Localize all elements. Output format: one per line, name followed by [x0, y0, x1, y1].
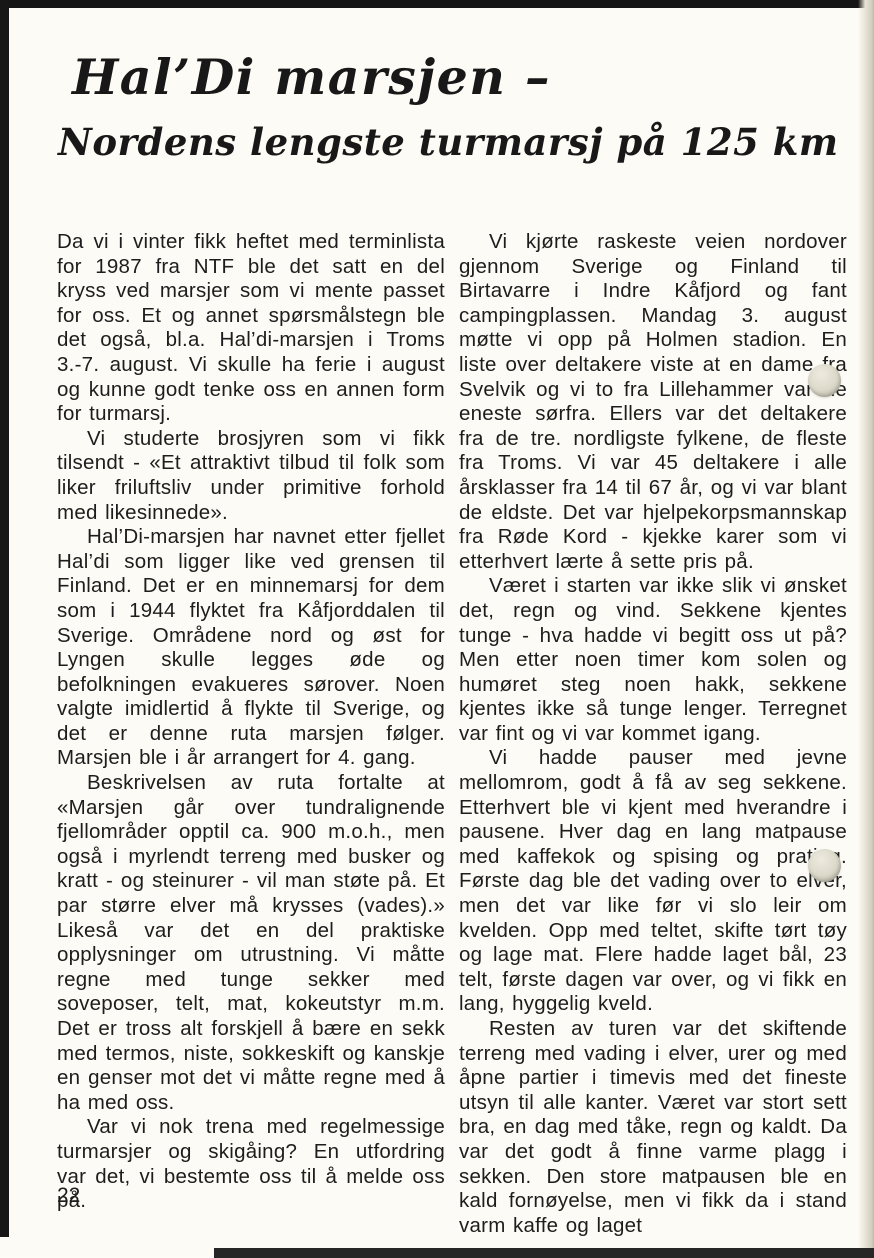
paragraph: Beskrivelsen av ruta fortalte at «Marsje… — [57, 771, 445, 1115]
page-subtitle: Nordens lengste turmarsj på 125 km — [58, 120, 839, 164]
paragraph: Resten av turen var det skiftende terren… — [459, 1017, 847, 1238]
article-column-right: Vi kjørte raskeste veien nordover gjenno… — [459, 230, 847, 1238]
paragraph: Vi hadde pauser med jevne mellomrom, god… — [459, 746, 847, 1017]
scan-edge-left — [0, 0, 9, 1237]
scan-edge-top — [0, 0, 874, 8]
page-edge-right — [858, 0, 874, 1258]
paragraph: Da vi i vinter fikk heftet med terminlis… — [57, 230, 445, 427]
scanned-magazine-page: Hal’Di marsjen – Nordens lengste turmars… — [0, 0, 874, 1258]
page-number: 22 — [57, 1184, 80, 1208]
punch-hole — [808, 364, 841, 397]
paragraph: Hal’Di-marsjen har navnet etter fjellet … — [57, 525, 445, 771]
paragraph: Var vi nok trena med regelmessige turmar… — [57, 1115, 445, 1213]
paragraph: Været i starten var ikke slik vi ønsket … — [459, 574, 847, 746]
page-title: Hal’Di marsjen – — [72, 48, 551, 106]
article-column-left: Da vi i vinter fikk heftet med terminlis… — [57, 230, 445, 1238]
paragraph: Vi studerte brosjyren som vi fikk tilsen… — [57, 427, 445, 525]
paragraph: Vi kjørte raskeste veien nordover gjenno… — [459, 230, 847, 574]
article-body: Da vi i vinter fikk heftet med terminlis… — [57, 230, 847, 1238]
punch-hole — [808, 849, 841, 882]
scan-edge-bottom — [214, 1248, 874, 1258]
